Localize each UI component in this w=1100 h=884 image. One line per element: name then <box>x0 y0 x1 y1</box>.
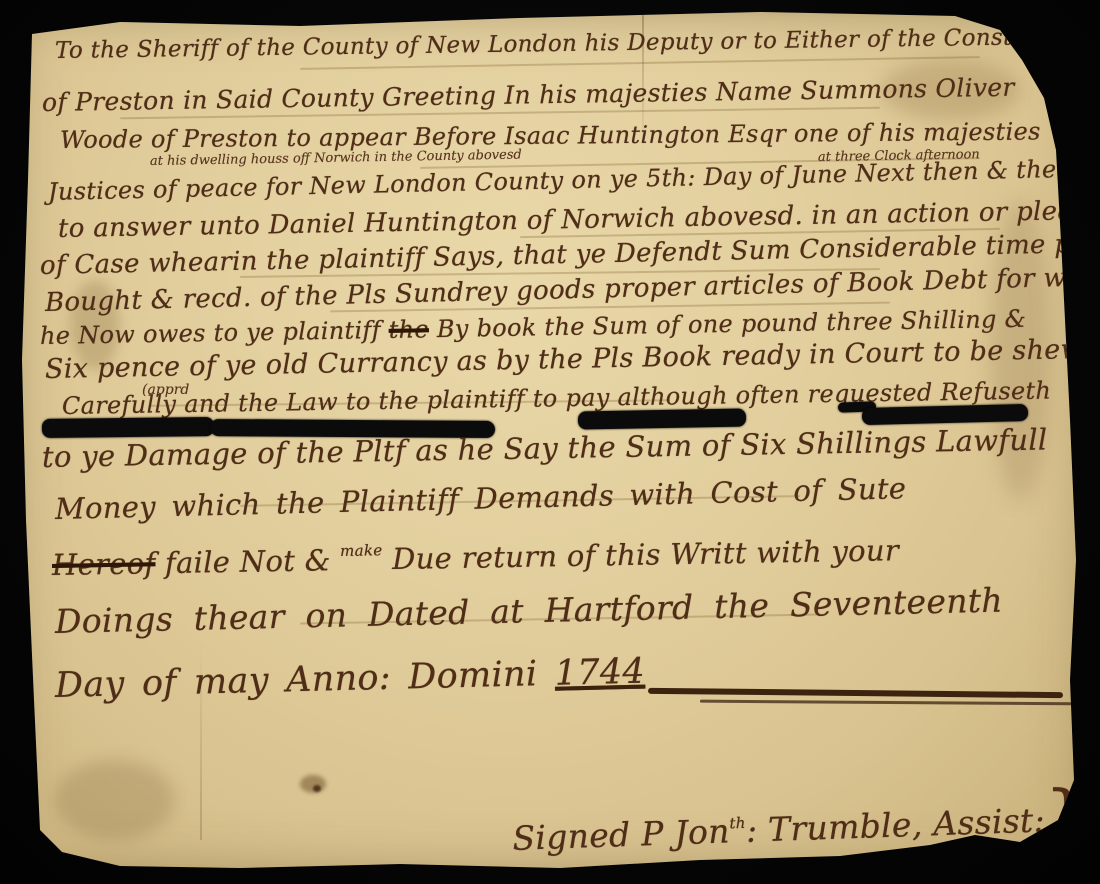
interlinear-insertion-make: make <box>340 541 383 560</box>
manuscript-line-2: of Preston in Said County Greeting In hi… <box>42 73 1015 117</box>
manuscript-paper: To the Sheriff of the County of New Lond… <box>0 0 1100 884</box>
redaction-bar <box>42 417 214 438</box>
redaction-bar <box>862 404 1028 425</box>
year-1744: 1744 <box>554 652 645 694</box>
signature-text: : Trumble, Assist: <box>745 800 1045 849</box>
line-13-text: faile Not & <box>155 543 340 580</box>
struck-word: the <box>388 315 429 344</box>
signature-line: Signed P Jonth: Trumble, Assist:} <box>510 762 1093 868</box>
struck-word: Hereof <box>52 546 156 582</box>
flourish-dash <box>648 688 1063 698</box>
signature-text: Signed P Jon <box>512 811 731 858</box>
flourish-dash <box>700 700 1080 706</box>
line-8-text: he Now owes to ye plaintiff <box>40 316 389 350</box>
manuscript-line-13: Hereof faile Not & make Due return of th… <box>52 533 900 582</box>
stain <box>300 775 326 793</box>
manuscript-line-12: Money which the Plaintiff Demands with C… <box>55 471 907 526</box>
ink-dot <box>313 785 321 792</box>
signature-brace: } <box>1043 774 1094 866</box>
line-13-text: Due return of this Writt with your <box>382 533 899 576</box>
redaction-bar <box>578 409 746 430</box>
stain <box>55 760 175 840</box>
photograph-backdrop: To the Sheriff of the County of New Lond… <box>0 0 1100 884</box>
date-line-text: Day of may Anno: Domini <box>55 654 556 706</box>
manuscript-line-14: Doings thear on Dated at Hartford the Se… <box>55 580 1004 640</box>
signature-superscript: th <box>729 814 746 833</box>
manuscript-line-15: Day of may Anno: Domini 1744 <box>55 652 646 706</box>
manuscript-line-1: To the Sheriff of the County of New Lond… <box>55 24 1076 64</box>
